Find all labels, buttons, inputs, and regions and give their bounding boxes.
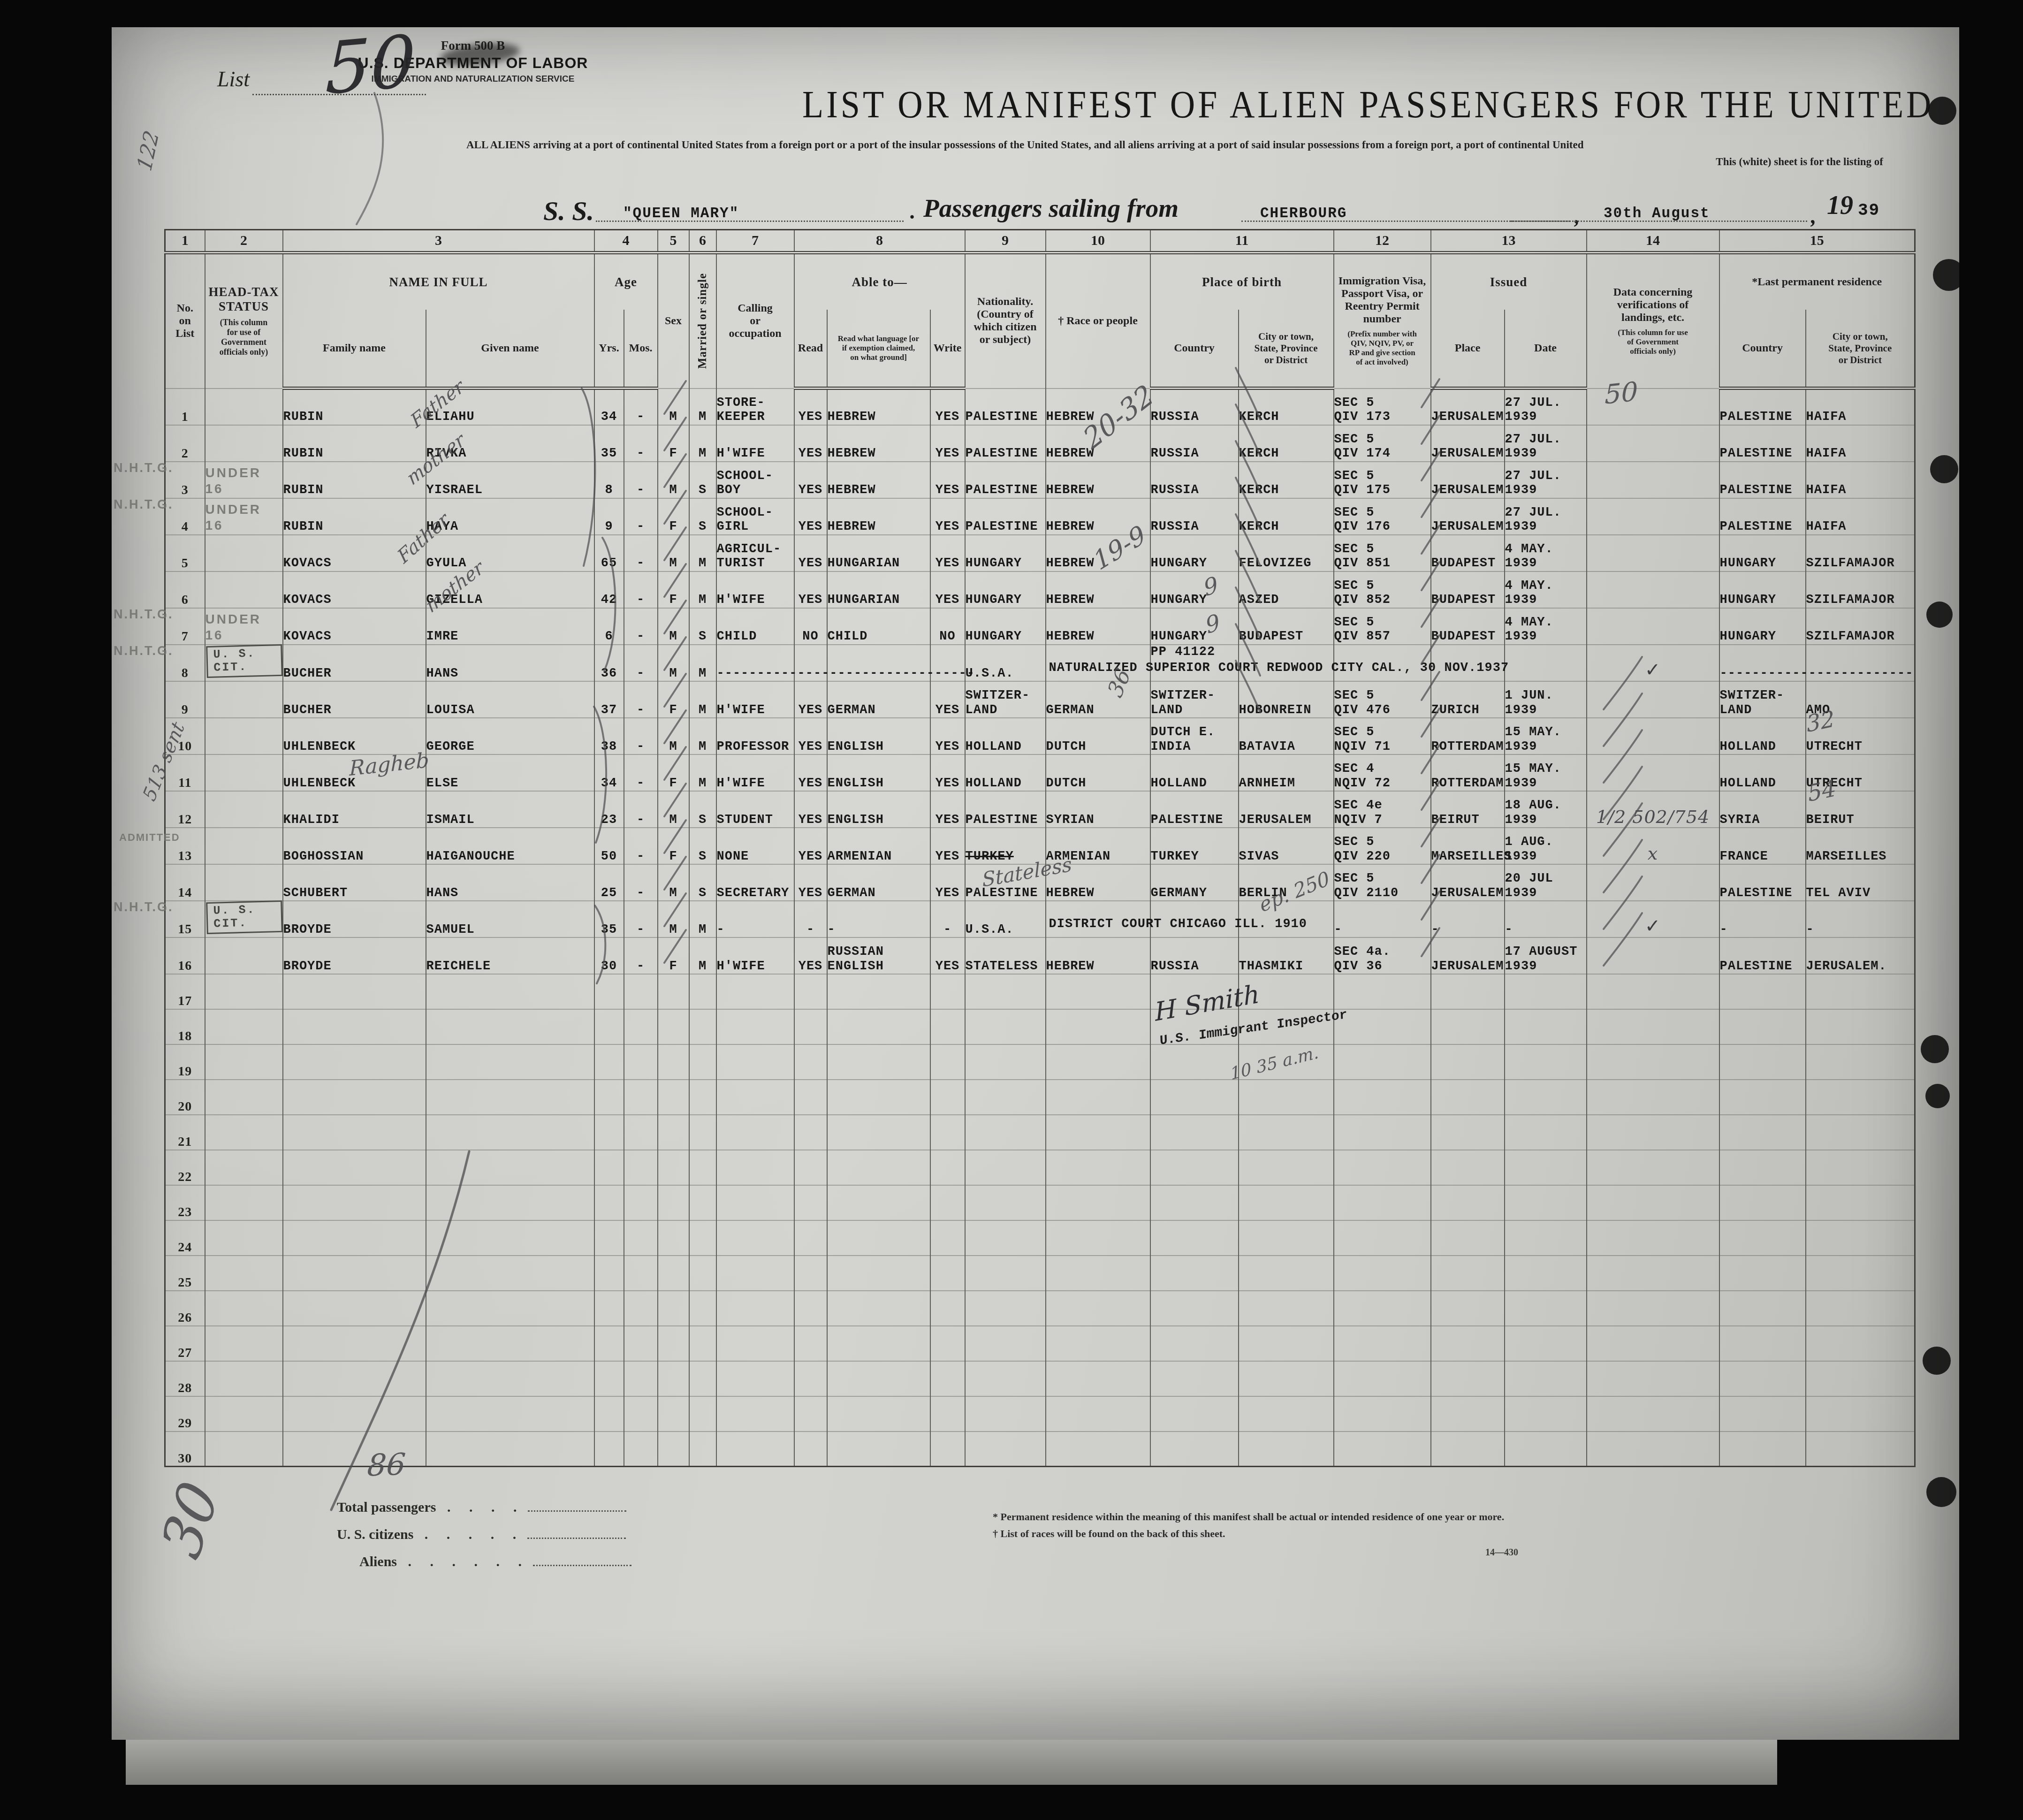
cell-headtax xyxy=(205,1396,283,1432)
cell-visa xyxy=(1334,1009,1431,1044)
column-number: 11 xyxy=(1150,230,1334,253)
cell-given: HAIGANOUCHE xyxy=(426,828,594,864)
cell-lang xyxy=(827,1432,930,1467)
cell-headtax xyxy=(205,937,283,974)
cell-ms: M xyxy=(689,681,716,718)
cell-sex: F xyxy=(658,937,689,974)
cell-write: YES xyxy=(930,571,965,608)
cell-yrs: 23 xyxy=(594,791,624,828)
cell-rcountry: HOLLAND xyxy=(1719,754,1806,791)
cell-idate xyxy=(1505,1256,1587,1291)
cell-headtax xyxy=(205,1291,283,1326)
cell-mos: - xyxy=(624,864,658,901)
cell-write: YES xyxy=(930,754,965,791)
cell-bcity: KERCH xyxy=(1239,425,1334,462)
cell-lang: ARMENIAN xyxy=(827,828,930,864)
ship-name: "QUEEN MARY" xyxy=(623,206,739,222)
cell-rcountry xyxy=(1719,1150,1806,1185)
cell-nat: PALESTINE xyxy=(965,388,1046,425)
cell-nat: HUNGARY xyxy=(965,608,1046,645)
cell-rcountry xyxy=(1719,1044,1806,1080)
cell-bcountry xyxy=(1150,1080,1239,1115)
cell-bcountry xyxy=(1150,1115,1239,1150)
cell-given xyxy=(426,1256,594,1291)
cell-nat xyxy=(965,1256,1046,1291)
year-typed: 39 xyxy=(1858,201,1880,220)
cell-bcity: BUDAPEST xyxy=(1239,608,1334,645)
cell-iplace: BUDAPEST xyxy=(1431,571,1505,608)
cell-read xyxy=(794,1115,827,1150)
table-row: 28 xyxy=(165,1361,1915,1396)
cell-rcountry xyxy=(1719,1256,1806,1291)
cell-given: GYULA xyxy=(426,535,594,571)
cell-rcity: SZILFAMAJOR xyxy=(1806,571,1915,608)
cell-mos: - xyxy=(624,425,658,462)
cell-yrs: 36 xyxy=(594,645,624,681)
cell-bcity xyxy=(1239,1326,1334,1361)
cell-yrs xyxy=(594,1396,624,1432)
cell-headtax xyxy=(205,828,283,864)
cell-visa xyxy=(1334,1185,1431,1220)
cell-iplace xyxy=(1431,1080,1505,1115)
cell-calling: AGRICUL- TURIST xyxy=(716,535,794,571)
cell-yrs: 9 xyxy=(594,498,624,535)
cell-mos: - xyxy=(624,791,658,828)
cell-write xyxy=(930,1220,965,1256)
cell-family xyxy=(283,1115,426,1150)
margin-stamp: N.H.T.G. xyxy=(114,607,174,622)
cell-ms xyxy=(689,1150,716,1185)
cell-calling xyxy=(716,1009,794,1044)
cell-rcountry: PALESTINE xyxy=(1719,388,1806,425)
cell-rcountry xyxy=(1719,1361,1806,1396)
cell-calling xyxy=(716,1291,794,1326)
cell-nat xyxy=(965,1080,1046,1115)
table-row: 19 xyxy=(165,1044,1915,1080)
header-issued-place: Place xyxy=(1431,310,1505,388)
margin-stamp: ADMITTED xyxy=(119,831,180,844)
cell-mos: - xyxy=(624,828,658,864)
cell-sex: M xyxy=(658,462,689,498)
table-row: 23 xyxy=(165,1185,1915,1220)
header-yrs: Yrs. xyxy=(594,310,624,388)
cell-yrs xyxy=(594,1432,624,1467)
cell-yrs xyxy=(594,1361,624,1396)
cell-verif xyxy=(1587,1361,1719,1396)
cell-visa: SEC 5 QIV 852 xyxy=(1334,571,1431,608)
cell-race: HEBREW xyxy=(1046,571,1150,608)
cell-calling xyxy=(716,1185,794,1220)
cell-nat: U.S.A. xyxy=(965,901,1046,937)
cell-yrs xyxy=(594,1291,624,1326)
cell-ms xyxy=(689,1185,716,1220)
cell-rcountry xyxy=(1719,1291,1806,1326)
cell-lang xyxy=(827,1291,930,1326)
cell-write: YES xyxy=(930,425,965,462)
cell-read xyxy=(794,1150,827,1185)
cell-yrs: 6 xyxy=(594,608,624,645)
cell-yrs: 38 xyxy=(594,718,624,754)
cell-iplace xyxy=(1431,1361,1505,1396)
cell-mos: - xyxy=(624,608,658,645)
cell-ms: M xyxy=(689,645,716,681)
table-row: 29 xyxy=(165,1396,1915,1432)
cell-rcity: TEL AVIV xyxy=(1806,864,1915,901)
cell-family xyxy=(283,1291,426,1326)
column-number: 13 xyxy=(1431,230,1587,253)
cell-nat xyxy=(965,1220,1046,1256)
cell-headtax xyxy=(205,535,283,571)
cell-verif xyxy=(1587,937,1719,974)
cell-rcountry xyxy=(1719,1080,1806,1115)
cell-iplace xyxy=(1431,1326,1505,1361)
cell-given xyxy=(426,1009,594,1044)
cell-iplace: JERUSALEM xyxy=(1431,462,1505,498)
column-number: 12 xyxy=(1334,230,1431,253)
cell-write xyxy=(930,974,965,1009)
cell-calling xyxy=(716,1080,794,1115)
cell-rcountry: PALESTINE xyxy=(1719,462,1806,498)
cell-lang xyxy=(827,1115,930,1150)
cell-visa: SEC 5 QIV 476 xyxy=(1334,681,1431,718)
handwritten-note: 30 xyxy=(150,1472,232,1567)
cell-bcity: ARNHEIM xyxy=(1239,754,1334,791)
cell-lang xyxy=(827,1185,930,1220)
sailing-label: Passengers sailing from xyxy=(923,193,1179,223)
cell-write xyxy=(930,1150,965,1185)
cell-rcountry xyxy=(1719,1432,1806,1467)
cell-yrs: 35 xyxy=(594,425,624,462)
cell-family: BOGHOSSIAN xyxy=(283,828,426,864)
cell-ms: S xyxy=(689,462,716,498)
cell-rcountry: HOLLAND xyxy=(1719,718,1806,754)
cell-rcity xyxy=(1806,1396,1915,1432)
cell-read: YES xyxy=(794,937,827,974)
cell-given xyxy=(426,1291,594,1326)
cell-family xyxy=(283,1009,426,1044)
cell-read: YES xyxy=(794,425,827,462)
sheet-edge-below xyxy=(126,1740,1777,1785)
cell-visa xyxy=(1334,1220,1431,1256)
cell-race: SYRIAN xyxy=(1046,791,1150,828)
cell-no: 16 xyxy=(165,937,205,974)
subtitle-line2: This (white) sheet is for the listing of xyxy=(1552,156,1883,168)
cell-calling: SECRETARY xyxy=(716,864,794,901)
cell-visa: SEC 5 QIV 175 xyxy=(1334,462,1431,498)
cell-family: UHLENBECK xyxy=(283,718,426,754)
cell-write: YES xyxy=(930,718,965,754)
cell-ms xyxy=(689,1432,716,1467)
punch-hole xyxy=(1926,602,1953,628)
header-row-top: No. on List HEAD-TAX STATUS(This column … xyxy=(165,253,1915,310)
cell-headtax xyxy=(205,791,283,828)
cell-idate: 15 MAY. 1939 xyxy=(1505,718,1587,754)
cell-calling: SCHOOL- GIRL xyxy=(716,498,794,535)
cell-given xyxy=(426,1220,594,1256)
cell-sex: F xyxy=(658,828,689,864)
column-number: 10 xyxy=(1046,230,1150,253)
punch-hole xyxy=(1926,1477,1956,1507)
cell-given: YISRAEL xyxy=(426,462,594,498)
cell-nat: U.S.A. xyxy=(965,645,1046,681)
cell-bcountry: RUSSIA xyxy=(1150,388,1239,425)
cell-iplace: JERUSALEM xyxy=(1431,864,1505,901)
cell-family xyxy=(283,1044,426,1080)
cell-given xyxy=(426,1080,594,1115)
cell-idate xyxy=(1505,1396,1587,1432)
cell-read: YES xyxy=(794,535,827,571)
aliens-line: Aliens . . . . . . xyxy=(359,1554,631,1570)
cell-calling xyxy=(716,1220,794,1256)
cell-nat xyxy=(965,1326,1046,1361)
scanned-manifest-photo: { "stamp_block": { "form": "Form 500 B",… xyxy=(0,0,2023,1820)
cell-iplace: ROTTERDAM xyxy=(1431,718,1505,754)
header-able-to: Able to— xyxy=(794,253,965,310)
table-row: 22 xyxy=(165,1150,1915,1185)
cell-read xyxy=(794,1291,827,1326)
handwritten-note: 50 xyxy=(325,19,417,111)
cell-headtax xyxy=(205,1009,283,1044)
cell-nat xyxy=(965,1115,1046,1150)
cell-mos xyxy=(624,1115,658,1150)
cell-rcountry: ------------------------ xyxy=(1719,645,1806,681)
cell-verif xyxy=(1587,864,1719,901)
cell-write: NO xyxy=(930,608,965,645)
cell-no: 28 xyxy=(165,1361,205,1396)
cell-race: DUTCH xyxy=(1046,718,1150,754)
cell-lang: ENGLISH xyxy=(827,754,930,791)
cell-no: 6 xyxy=(165,571,205,608)
cell-nat xyxy=(965,1361,1046,1396)
cell-race: HEBREW xyxy=(1046,608,1150,645)
cell-ms xyxy=(689,1256,716,1291)
cell-sex xyxy=(658,1185,689,1220)
cell-write xyxy=(930,1396,965,1432)
cell-write: YES xyxy=(930,937,965,974)
cell-family: RUBIN xyxy=(283,388,426,425)
cell-visa: SEC 4 NQIV 72 xyxy=(1334,754,1431,791)
cell-given: HANS xyxy=(426,645,594,681)
table-row: 18 xyxy=(165,1009,1915,1044)
cell-sex: F xyxy=(658,425,689,462)
cell-mos xyxy=(624,1326,658,1361)
cell-visa xyxy=(1334,1044,1431,1080)
cell-read xyxy=(794,1256,827,1291)
cell-lang: HUNGARIAN xyxy=(827,535,930,571)
cell-nat xyxy=(965,1185,1046,1220)
cell-lang xyxy=(827,1361,930,1396)
cell-idate xyxy=(1505,1115,1587,1150)
cell-verif xyxy=(1587,571,1719,608)
cell-given: REICHELE xyxy=(426,937,594,974)
cell-mos xyxy=(624,1185,658,1220)
cell-calling: H'WIFE xyxy=(716,754,794,791)
cell-write: YES xyxy=(930,462,965,498)
cell-given: ISMAIL xyxy=(426,791,594,828)
cell-mos: - xyxy=(624,937,658,974)
cell-yrs xyxy=(594,974,624,1009)
cell-visa xyxy=(1334,1080,1431,1115)
cell-race xyxy=(1046,1220,1150,1256)
cell-verif xyxy=(1587,1256,1719,1291)
cell-sex xyxy=(658,1150,689,1185)
header-read-language: Read what language [or if exemption clai… xyxy=(827,310,930,388)
cell-nat: HOLLAND xyxy=(965,718,1046,754)
cell-idate: 20 JUL 1939 xyxy=(1505,864,1587,901)
cell-mos xyxy=(624,1432,658,1467)
cell-lang xyxy=(827,1150,930,1185)
cell-yrs: 35 xyxy=(594,901,624,937)
cell-headtax xyxy=(205,1432,283,1467)
cell-calling xyxy=(716,1361,794,1396)
cell-headtax xyxy=(205,571,283,608)
cell-read xyxy=(794,1009,827,1044)
cell-rcity xyxy=(1806,1256,1915,1291)
punch-hole xyxy=(1921,1035,1949,1063)
cell-family: RUBIN xyxy=(283,425,426,462)
table-row: 17 xyxy=(165,974,1915,1009)
column-number: 14 xyxy=(1587,230,1719,253)
cell-family xyxy=(283,974,426,1009)
header-race: † Race or people xyxy=(1046,253,1150,388)
cell-bcountry xyxy=(1150,1220,1239,1256)
cell-visa: SEC 5 QIV 2110 xyxy=(1334,864,1431,901)
cell-ms xyxy=(689,1326,716,1361)
cell-bcountry: HOLLAND xyxy=(1150,754,1239,791)
cell-sex: M xyxy=(658,608,689,645)
table-row: 25 xyxy=(165,1256,1915,1291)
cell-sex xyxy=(658,1115,689,1150)
cell-lang: GERMAN xyxy=(827,681,930,718)
cell-idate: 27 JUL. 1939 xyxy=(1505,425,1587,462)
cell-verif: 1/2 502/754 xyxy=(1587,791,1719,828)
cell-yrs xyxy=(594,1009,624,1044)
cell-read: YES xyxy=(794,571,827,608)
header-birth-city: City or town, State, Province or Distric… xyxy=(1239,310,1334,388)
cell-mos: - xyxy=(624,388,658,425)
cell-read: YES xyxy=(794,681,827,718)
cell-nat xyxy=(965,1009,1046,1044)
cell-yrs xyxy=(594,1326,624,1361)
cell-bcity xyxy=(1239,1256,1334,1291)
cell-calling: STORE- KEEPER xyxy=(716,388,794,425)
cell-read: YES xyxy=(794,462,827,498)
cell-idate xyxy=(1505,1291,1587,1326)
cell-bcity: BATAVIA xyxy=(1239,718,1334,754)
cell-bcity xyxy=(1239,1432,1334,1467)
cell-nat: PALESTINE xyxy=(965,462,1046,498)
cell-iplace: MARSEILLES xyxy=(1431,828,1505,864)
cell-given xyxy=(426,1361,594,1396)
cell-bcountry: HUNGARY xyxy=(1150,608,1239,645)
cell-bcountry: HUNGARY xyxy=(1150,571,1239,608)
cell-bcountry: RUSSIA xyxy=(1150,462,1239,498)
cell-family xyxy=(283,1080,426,1115)
cell-calling xyxy=(716,1256,794,1291)
cell-race xyxy=(1046,1115,1150,1150)
cell-no: 24 xyxy=(165,1220,205,1256)
cell-visa: SEC 5 QIV 220 xyxy=(1334,828,1431,864)
cell-rcountry: PALESTINE xyxy=(1719,425,1806,462)
sailing-date: 30th August xyxy=(1604,206,1710,222)
cell-idate xyxy=(1505,974,1587,1009)
cell-sex: M xyxy=(658,791,689,828)
cell-yrs: 65 xyxy=(594,535,624,571)
cell-mos xyxy=(624,1396,658,1432)
cell-no: 21 xyxy=(165,1115,205,1150)
cell-idate xyxy=(1505,1361,1587,1396)
total-passengers-line: Total passengers . . . . xyxy=(337,1500,626,1515)
cell-read: YES xyxy=(794,754,827,791)
cell-rcity xyxy=(1806,1361,1915,1396)
cell-verif xyxy=(1587,1291,1719,1326)
cell-nat xyxy=(965,1044,1046,1080)
cell-calling: SCHOOL- BOY xyxy=(716,462,794,498)
cell-verif xyxy=(1587,425,1719,462)
column-numbers-row: 123456789101112131415 xyxy=(165,230,1915,253)
cell-write: YES xyxy=(930,791,965,828)
cell-family: KOVACS xyxy=(283,608,426,645)
cell-ms: S xyxy=(689,608,716,645)
cell-write xyxy=(930,1361,965,1396)
cell-bcountry xyxy=(1150,1185,1239,1220)
cell-write xyxy=(930,1080,965,1115)
cell-iplace: ROTTERDAM xyxy=(1431,754,1505,791)
cell-headtax: U. S. CIT. xyxy=(205,645,283,681)
cell-mos xyxy=(624,1044,658,1080)
cell-sex xyxy=(658,1432,689,1467)
cell-rcountry: - xyxy=(1719,901,1806,937)
cell-lang xyxy=(827,1256,930,1291)
cell-bcity xyxy=(1239,1220,1334,1256)
cell-rcity xyxy=(1806,974,1915,1009)
cell-bcountry: GERMANY xyxy=(1150,864,1239,901)
cell-family xyxy=(283,1256,426,1291)
cell-nat: STATELESS xyxy=(965,937,1046,974)
cell-bcountry: HUNGARY xyxy=(1150,535,1239,571)
cell-bcity xyxy=(1239,1115,1334,1150)
cell-no: 27 xyxy=(165,1326,205,1361)
cell-yrs: 42 xyxy=(594,571,624,608)
cell-mos xyxy=(624,1009,658,1044)
cell-headtax xyxy=(205,1185,283,1220)
punch-hole xyxy=(1930,455,1958,483)
cell-rcity xyxy=(1806,1326,1915,1361)
cell-headtax xyxy=(205,1361,283,1396)
cell-rcity xyxy=(1806,1150,1915,1185)
cell-read: YES xyxy=(794,388,827,425)
cell-headtax xyxy=(205,1044,283,1080)
cell-rcity: - xyxy=(1806,901,1915,937)
cell-read xyxy=(794,1396,827,1432)
cell-iplace xyxy=(1431,974,1505,1009)
cell-visa: SEC 4a. QIV 36 xyxy=(1334,937,1431,974)
cell-visa: - xyxy=(1334,901,1431,937)
cell-ms xyxy=(689,974,716,1009)
cell-sex xyxy=(658,1396,689,1432)
cell-given: HANS xyxy=(426,864,594,901)
cell-calling xyxy=(716,974,794,1009)
cell-iplace xyxy=(1431,1115,1505,1150)
cell-ms xyxy=(689,1115,716,1150)
cell-no: 25 xyxy=(165,1256,205,1291)
cell-mos: - xyxy=(624,645,658,681)
cell-lang: HEBREW xyxy=(827,498,930,535)
cell-yrs: 25 xyxy=(594,864,624,901)
cell-lang xyxy=(827,1080,930,1115)
table-row: 12KHALIDIISMAIL23-MSSTUDENTYESENGLISHYES… xyxy=(165,791,1915,828)
cell-headtax xyxy=(205,974,283,1009)
